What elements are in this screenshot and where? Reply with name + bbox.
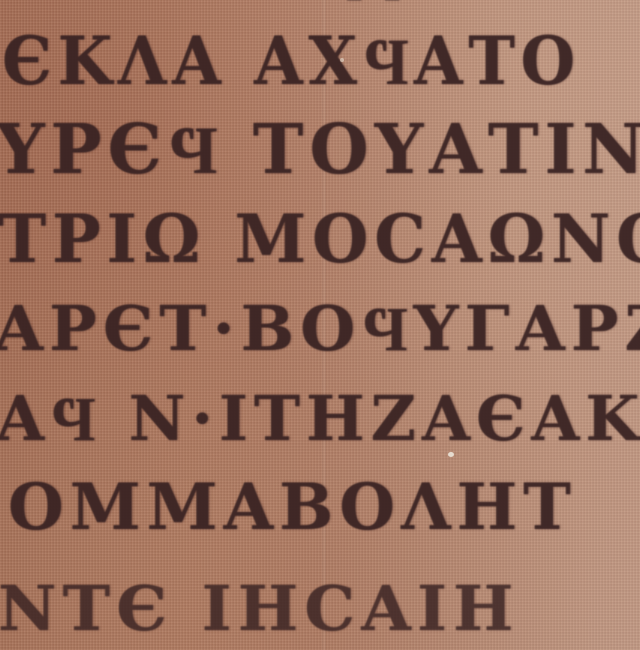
- manuscript-line-7: ΝΤЄ ΙΗϹΑΙΗ: [0, 572, 520, 645]
- papyrus-speck: [340, 58, 344, 62]
- manuscript-line-4: ΑΡЄΤ·ΒΟϤΥΓΑΡΖ: [0, 292, 640, 366]
- manuscript-line-6: ΟΜΜΑΒΟΛΗΤ: [8, 470, 577, 545]
- manuscript-line-5: ΑϤ Ν·ΙΤΗΖΑЄΑΚ: [0, 382, 640, 456]
- manuscript-line-2: ΥΡЄϤ ΤΟΥΑΤΙΝЄ: [0, 110, 640, 190]
- manuscript-line-3: ΤΡΙΩ ΜΟϹΑΩΝΟ: [0, 200, 640, 278]
- manuscript-line-1: ЄΚΛΑ ΑΧϤΑΤΟ: [2, 22, 581, 101]
- papyrus-speck: [448, 452, 454, 457]
- papyrus-fragment: ϤϤ ЄΚΛΑ ΑΧϤΑΤΟ ΥΡЄϤ ΤΟΥΑΤΙΝЄ ΤΡΙΩ ΜΟϹΑΩΝ…: [0, 0, 640, 650]
- manuscript-line-partial: ϤϤ: [330, 0, 406, 11]
